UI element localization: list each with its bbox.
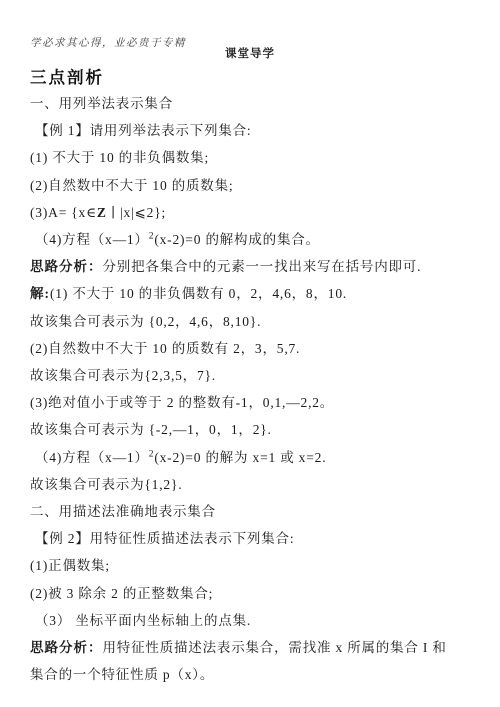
document-page: 学必求其心得，业必贵于专精 课堂导学 三点剖析 一、用列举法表示集合 【例 1】… (0, 0, 500, 707)
solution-part2: (2)自然数中不大于 10 的质数有 2，3，5,7. (30, 335, 472, 362)
example1-analysis: 思路分析：分别把各集合中的元素一一找出来写在括号内即可. (30, 253, 472, 280)
heading-list-method: 一、用列举法表示集合 (30, 90, 472, 117)
solution-part4-result: 故该集合可表示为{1,2}. (30, 471, 472, 498)
example1-item4: （4)方程（x—1）2(x-2)=0 的解构成的集合。 (30, 226, 472, 253)
example2-item2: (2)被 3 除余 2 的正整数集合; (30, 580, 472, 607)
heading-description-method: 二、用描述法准确地表示集合 (30, 498, 472, 525)
section-title: 三点剖析 (30, 64, 104, 88)
example2-title: 【例 2】用特征性质描述法表示下列集合: (30, 525, 472, 552)
solution-part2-result: 故该集合可表示为{2,3,5，7}. (30, 362, 472, 389)
example2-analysis: 思路分析：用特征性质描述法表示集合，需找准 x 所属的集合 I 和 (30, 634, 472, 661)
solution-part3-result: 故该集合可表示为 {-2,—1，0，1，2}. (30, 416, 472, 443)
example2-item3: （3） 坐标平面内坐标轴上的点集. (30, 607, 472, 634)
solution-part1: 解:(1) 不大于 10 的非负偶数有 0，2，4,6，8，10. (30, 280, 472, 307)
document-body: 一、用列举法表示集合 【例 1】请用列举法表示下列集合: (1) 不大于 10 … (30, 90, 472, 688)
example2-item1: (1)正偶数集; (30, 552, 472, 579)
solution-part3: (3)绝对值小于或等于 2 的整数有-1，0,1,—2,2。 (30, 389, 472, 416)
example1-title: 【例 1】请用列举法表示下列集合: (30, 117, 472, 144)
example1-item2: (2)自然数中不大于 10 的质数集; (30, 172, 472, 199)
solution-part1-result: 故该集合可表示为 {0,2，4,6，8,10}. (30, 308, 472, 335)
page-header-title: 课堂导学 (0, 45, 500, 61)
example2-analysis-cont: 集合的一个特征性质 p（x）。 (30, 661, 472, 688)
example1-item1: (1) 不大于 10 的非负偶数集; (30, 144, 472, 171)
solution-part4: （4)方程（x—1）2(x-2)=0 的解为 x=1 或 x=2. (30, 444, 472, 471)
example1-item3: (3)A= {x∈Z ∣ |x|⩽2}; (30, 199, 472, 226)
